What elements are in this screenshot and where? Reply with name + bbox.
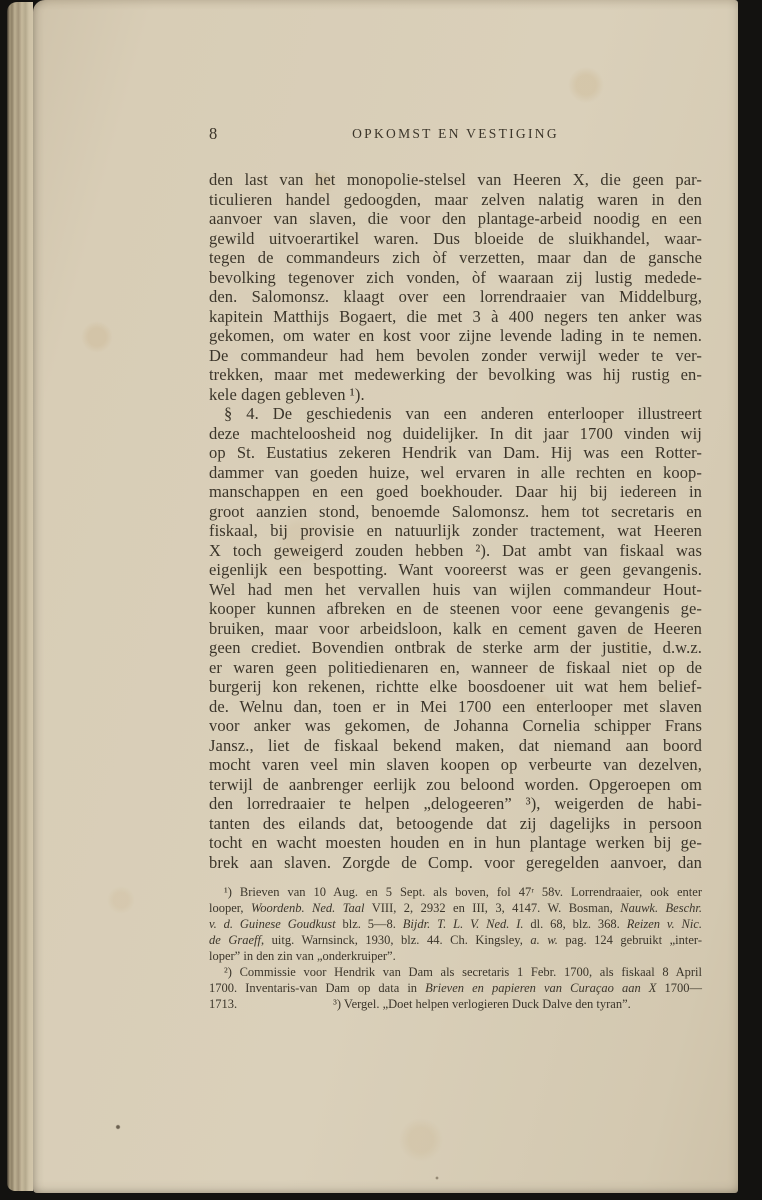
text-line: ticulieren handel gedoogden, maar zelven… [209,190,702,210]
text-line: tanten des eilands dat, betoogende dat z… [209,814,702,834]
text-line: terwijl de aanbrenger eerlijk zou beloon… [209,775,702,795]
text-line: X toch geweigerd zouden hebben ²). Dat a… [209,541,702,561]
text-line: kapitein Matthijs Bogaert, die met 3 à 4… [209,307,702,327]
text-line: groot aanzien stond, benoemde Salomonsz.… [209,502,702,522]
text-line: 1713.³) Vergel. „Doet helpen verlogieren… [209,996,702,1012]
text-line: bevolking tegenover zich vonden, òf waar… [209,268,702,288]
text-line: loper” in den zin van „onderkruiper”. [209,948,702,964]
text-line: Wel had men het vervallen huis van wijle… [209,580,702,600]
text-line: kooper kunnen afbreken en de steenen voo… [209,599,702,619]
text-line: deze machteloosheid nog duidelijker. In … [209,424,702,444]
text-line: de Graeff, uitg. Warnsinck, 1930, blz. 4… [209,932,702,948]
text-line: 1700. Inventaris-van Dam op data in Brie… [209,980,702,996]
text-line: brek aan slaven. Zorgde de Comp. voor ge… [209,853,702,873]
text-line: tegen de commandeurs zich òf verzetten, … [209,248,702,268]
text-line: fiskaal, bij provisie en natuurlijk zond… [209,521,702,541]
text-line: De commandeur had hem bevolen zonder ver… [209,346,702,366]
text-line: aanvoer van slaven, die voor den plantag… [209,209,702,229]
text-line: mocht varen veel min slaven koopen op ve… [209,755,702,775]
book-page: 8 OPKOMST EN VESTIGING den last van het … [33,0,738,1193]
body-text: den last van het monopolie-stelsel van H… [209,170,702,872]
paragraph-1: den last van het monopolie-stelsel van H… [209,170,702,404]
running-header: OPKOMST EN VESTIGING [209,126,702,142]
text-line: Jansz., liet de fiskaal bekend maken, da… [209,736,702,756]
text-line: ¹) Brieven van 10 Aug. en 5 Sept. als bo… [209,884,702,900]
text-line: manschappen en een goed boekhouder. Daar… [209,482,702,502]
text-line: den. Salomonsz. klaagt over een lorrendr… [209,287,702,307]
text-line: trekken, maar met medewerking der bevolk… [209,365,702,385]
text-line: bruiken, maar voor arbeidsloon, kalk en … [209,619,702,639]
text-line: eigenlijk een bespotting. Want vooreerst… [209,560,702,580]
text-line: op St. Eustatius zekeren Hendrik van Dam… [209,443,702,463]
text-line: dammer van goeden huize, wel ervaren in … [209,463,702,483]
text-line: § 4. De geschiedenis van een anderen ent… [209,404,702,424]
scanned-book-photo: 8 OPKOMST EN VESTIGING den last van het … [0,0,762,1200]
text-line: gekomen, om water en kost voor zijne lev… [209,326,702,346]
text-line: v. d. Guinese Goudkust blz. 5—8. Bijdr. … [209,916,702,932]
text-line: kele dagen gebleven ¹). [209,385,702,405]
paragraph-2: § 4. De geschiedenis van een anderen ent… [209,404,702,872]
text-line: looper, Woordenb. Ned. Taal VIII, 2, 293… [209,900,702,916]
text-line: de. Welnu dan, toen er in Mei 1700 een e… [209,697,702,717]
text-line: den lorredraaier te helpen „delogeeren” … [209,794,702,814]
text-line: ²) Commissie voor Hendrik van Dam als se… [209,964,702,980]
text-line: burgerij kon rekenen, richtte elke boosd… [209,677,702,697]
text-line: den last van het monopolie-stelsel van H… [209,170,702,190]
footnotes: ¹) Brieven van 10 Aug. en 5 Sept. als bo… [209,884,702,1012]
text-line: voor anker was gekomen, de Johanna Corne… [209,716,702,736]
text-line: geen crediet. Bovendien ontbrak de sterk… [209,638,702,658]
book-page-edges [7,2,33,1191]
text-line: tocht en wacht moesten houden en in hun … [209,833,702,853]
text-line: er waren geen politiedienaren en, wannee… [209,658,702,678]
text-line: gewild uitvoerartikel waren. Dus bloeide… [209,229,702,249]
page-header: 8 OPKOMST EN VESTIGING [209,124,702,144]
